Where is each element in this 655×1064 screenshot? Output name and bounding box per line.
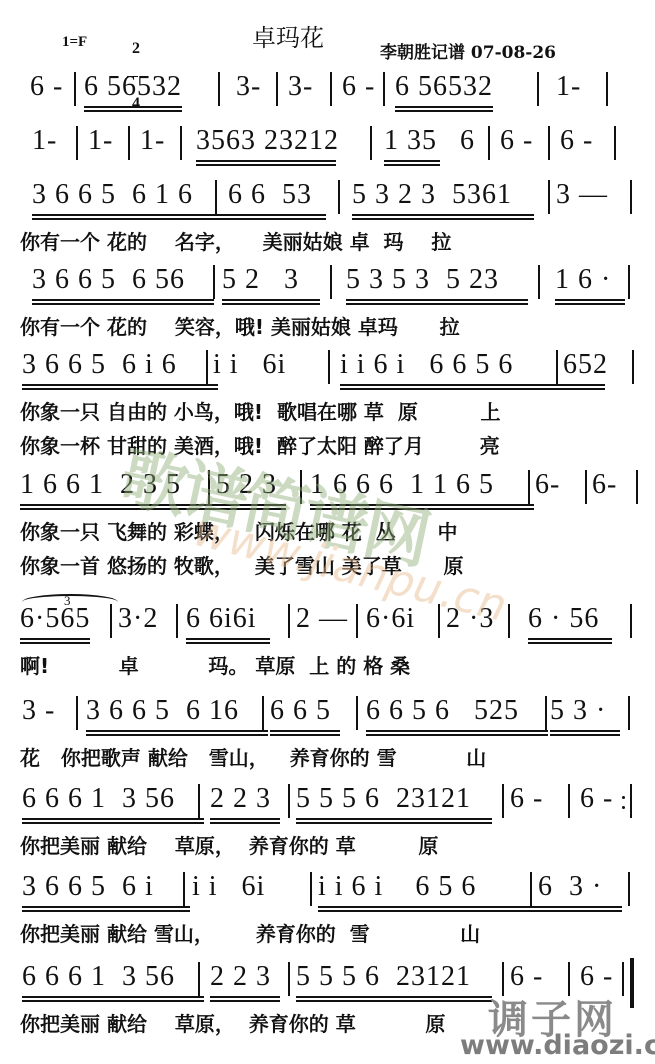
final-barline-thin: [622, 962, 624, 996]
measure-notes: 3563 23212: [196, 124, 339, 158]
barline: [606, 72, 608, 106]
beam-line: [22, 384, 218, 386]
barline: [198, 784, 200, 818]
measure-notes: 6 -: [342, 70, 375, 104]
measure-notes: 6 6 6 1 3 56: [22, 782, 175, 816]
barline: [183, 872, 185, 906]
beam-line: [84, 106, 182, 108]
beam-line: [20, 642, 90, 644]
measure-notes: 6 -: [30, 70, 63, 104]
measure-notes: 5 2 3: [216, 468, 277, 502]
beam-line: [20, 508, 216, 510]
beam-line: [366, 730, 548, 732]
measure-notes: 6 6 53: [228, 178, 312, 212]
time-signature-top: 2: [132, 40, 140, 57]
barline: [300, 470, 302, 504]
beam-line: [228, 218, 326, 220]
barline: [508, 604, 510, 638]
beam-line: [22, 818, 204, 820]
measure-notes: 1-: [32, 124, 57, 158]
measure-notes: 6-: [592, 468, 617, 502]
beam-line: [563, 384, 605, 386]
measure-notes: 3-: [288, 70, 313, 104]
lyric-line: 你把美丽 献给 草原， 养育你的 草 原: [20, 1012, 445, 1036]
barline: [288, 784, 290, 818]
measure-notes: 5 3 2 3 5361: [352, 178, 512, 212]
barline: [356, 696, 358, 730]
beam-line: [528, 638, 612, 640]
beam-line: [22, 388, 218, 390]
measure-notes: 6: [460, 124, 475, 158]
barline: [502, 784, 504, 818]
beam-line: [22, 822, 204, 824]
measure-notes: 6 56532: [395, 70, 493, 104]
barline: [438, 604, 440, 638]
beam-line: [32, 218, 228, 220]
lyric-line: 你象一只 自由的 小鸟，哦! 歌唱在哪 草 原 上: [20, 400, 501, 424]
barline: [548, 180, 550, 214]
measure-notes: 2 2 3: [210, 782, 271, 816]
barline: [356, 604, 358, 638]
beam-line: [310, 508, 534, 510]
measure-notes: 3 6 6 5 6 i 6: [22, 348, 177, 382]
lyric-line: 你象一只 飞舞的 彩蝶， 闪烁在哪 花 丛 中: [20, 520, 457, 544]
beam-line: [352, 218, 534, 220]
lyric-line: 你象一首 悠扬的 牧歌， 美了雪山 美了草 原: [20, 554, 464, 578]
measure-notes: 6 6 6 1 3 56: [22, 960, 175, 994]
beam-line: [270, 734, 340, 736]
barline: [328, 350, 330, 384]
measure-notes: 1 6 ·: [555, 263, 611, 297]
barline: [180, 126, 182, 160]
measure-notes: i i 6 i 6 5 6: [318, 870, 476, 904]
lyric-line: 你象一杯 甘甜的 美酒，哦! 醉了太阳 醉了月 亮: [20, 434, 500, 458]
measure-notes: 5 5 5 6 23121: [296, 960, 471, 994]
measure-notes: 6 56532: [84, 70, 182, 104]
beam-line: [384, 164, 440, 166]
barline: [128, 126, 130, 160]
barline: [636, 470, 638, 504]
measure-notes: 3 6 6 5 6 1 6: [32, 178, 193, 212]
barline: [548, 126, 550, 160]
measure-notes: 3 6 6 5 6 56: [32, 263, 185, 297]
barline: [74, 72, 76, 106]
beam-line: [296, 822, 492, 824]
lyric-line: 你有一个 花的 笑容，哦! 美丽姑娘 卓玛 拉: [20, 315, 460, 339]
barline: [632, 350, 634, 384]
measure-notes: 3·2: [118, 602, 158, 636]
beam-line: [352, 214, 534, 216]
barline: [568, 784, 570, 818]
beam-line: [210, 822, 280, 824]
lyric-line: 你把美丽 献给 雪山， 养育你的 雪 山: [20, 922, 480, 946]
beam-line: [366, 734, 548, 736]
beam-line: [210, 996, 280, 998]
beam-line: [22, 1000, 204, 1002]
barline: [110, 604, 112, 638]
barline: [276, 72, 278, 106]
measure-notes: 1-: [140, 124, 165, 158]
barline: [330, 72, 332, 106]
measure-notes: 6 3 ·: [538, 870, 602, 904]
barline: [370, 126, 372, 160]
beam-line: [186, 638, 270, 640]
barline: [628, 265, 630, 299]
barline: [585, 470, 587, 504]
barline: [628, 872, 630, 906]
beam-line: [296, 1000, 492, 1002]
barline: [338, 180, 340, 214]
measure-notes: 5 3 ·: [550, 694, 606, 728]
beam-line: [186, 642, 270, 644]
measure-notes: i i 6i: [192, 870, 265, 904]
beam-line: [86, 734, 268, 736]
measure-notes: 6 · 56: [528, 602, 599, 636]
measure-notes: 1-: [88, 124, 113, 158]
barline: [537, 72, 539, 106]
measure-notes: 5 2 3: [222, 263, 299, 297]
measure-notes: 1-: [556, 70, 581, 104]
beam-line: [20, 638, 90, 640]
barline: [206, 350, 208, 384]
barline: [213, 265, 215, 299]
barline: [215, 180, 217, 214]
beam-line: [270, 730, 340, 732]
beam-line: [296, 818, 492, 820]
lyric-line: 啊! 卓 玛。 草原 上 的 格 桑: [20, 654, 410, 678]
measure-notes: 6 -: [560, 124, 593, 158]
transcriber-credit: 李朝胜记谱 07-08-26: [380, 38, 556, 63]
measure-notes: 5 3 5 3 5 23: [346, 263, 499, 297]
barline: [218, 72, 220, 106]
measure-notes: 6 6 5: [270, 694, 331, 728]
measure-notes: 3 6 6 5 6 16: [86, 694, 239, 728]
beam-line: [346, 303, 528, 305]
barline: [614, 126, 616, 160]
measure-notes: 1 6 6 6 1 1 6 5: [310, 468, 494, 502]
beam-line: [22, 996, 204, 998]
beam-line: [346, 299, 528, 301]
beam-line: [395, 106, 493, 108]
measure-notes: 2 —: [296, 602, 348, 636]
beam-line: [563, 388, 605, 390]
beam-line: [210, 818, 280, 820]
measure-notes: 652: [563, 348, 608, 382]
measure-notes: i i 6 i 6 6 5 6: [340, 348, 513, 382]
barline: [530, 872, 532, 906]
beam-line: [384, 160, 440, 162]
beam-line: [538, 910, 622, 912]
measure-notes: 6-: [535, 468, 560, 502]
barline: [330, 265, 332, 299]
beam-line: [222, 303, 320, 305]
beam-line: [32, 214, 228, 216]
beam-line: [84, 110, 182, 112]
measure-notes: 6 -: [580, 782, 613, 816]
beam-line: [318, 910, 542, 912]
beam-line: [555, 303, 625, 305]
lyric-line: 花 你把歌声 献给 雪山， 养育你的 雪 山: [20, 746, 486, 770]
measure-notes: 5 5 5 6 23121: [296, 782, 471, 816]
barline: [628, 696, 630, 730]
beam-line: [196, 160, 336, 162]
measure-notes: 6 6i6i: [186, 602, 257, 636]
beam-line: [22, 910, 190, 912]
barline: [310, 872, 312, 906]
barline: [383, 72, 385, 106]
beam-line: [528, 642, 612, 644]
beam-line: [228, 214, 326, 216]
measure-notes: 6 -: [500, 124, 533, 158]
measure-notes: 3-: [236, 70, 261, 104]
beam-line: [538, 906, 622, 908]
barline: [288, 962, 290, 996]
barline: [288, 604, 290, 638]
barline: [545, 696, 547, 730]
beam-line: [20, 504, 216, 506]
measure-notes: 1 35: [384, 124, 437, 158]
beam-line: [310, 504, 534, 506]
barline: [488, 126, 490, 160]
repeat-dot: [622, 796, 625, 799]
beam-line: [318, 906, 542, 908]
barline: [76, 696, 78, 730]
beam-line: [222, 299, 320, 301]
measure-notes: i i 6i: [213, 348, 286, 382]
measure-notes: 3 —: [556, 178, 608, 212]
beam-line: [340, 384, 578, 386]
measure-notes: 1 6 6 1 2 3 5: [20, 468, 181, 502]
beam-line: [22, 906, 190, 908]
barline: [198, 962, 200, 996]
corner-watermark-url: www.diaozi.com: [460, 1030, 655, 1061]
repeat-dot: [622, 806, 625, 809]
measure-notes: 6 6 5 6 525: [366, 694, 519, 728]
beam-line: [550, 730, 620, 732]
slur: [22, 594, 118, 602]
barline: [630, 604, 632, 638]
beam-line: [216, 504, 286, 506]
final-barline-thick: [630, 958, 634, 1008]
barline: [176, 604, 178, 638]
barline: [528, 470, 530, 504]
measure-notes: 3 6 6 5 6 i: [22, 870, 154, 904]
beam-line: [196, 164, 336, 166]
barline: [556, 350, 558, 384]
barline: [538, 265, 540, 299]
measure-notes: 6 -: [510, 782, 543, 816]
beam-line: [32, 299, 214, 301]
key-signature: 1=F: [62, 34, 87, 51]
beam-line: [296, 996, 492, 998]
beam-line: [32, 303, 214, 305]
beam-line: [216, 508, 286, 510]
beam-line: [210, 1000, 280, 1002]
measure-notes: 6·565: [20, 602, 90, 636]
lyric-line: 你把美丽 献给 草原， 养育你的 草 原: [20, 834, 438, 858]
barline: [630, 180, 632, 214]
beam-line: [555, 299, 625, 301]
barline: [262, 696, 264, 730]
beam-line: [86, 730, 268, 732]
measure-notes: 2 ·3: [446, 602, 494, 636]
lyric-line: 你有一个 花的 名字， 美丽姑娘 卓 玛 拉: [20, 230, 451, 254]
measure-notes: 6·6i: [366, 602, 415, 636]
beam-line: [395, 110, 493, 112]
barline: [208, 470, 210, 504]
barline: [630, 784, 632, 818]
measure-notes: 2 2 3: [210, 960, 271, 994]
beam-line: [550, 734, 620, 736]
beam-line: [340, 388, 578, 390]
barline: [76, 126, 78, 160]
song-title: 卓玛花: [252, 18, 324, 53]
measure-notes: 3 -: [22, 694, 55, 728]
